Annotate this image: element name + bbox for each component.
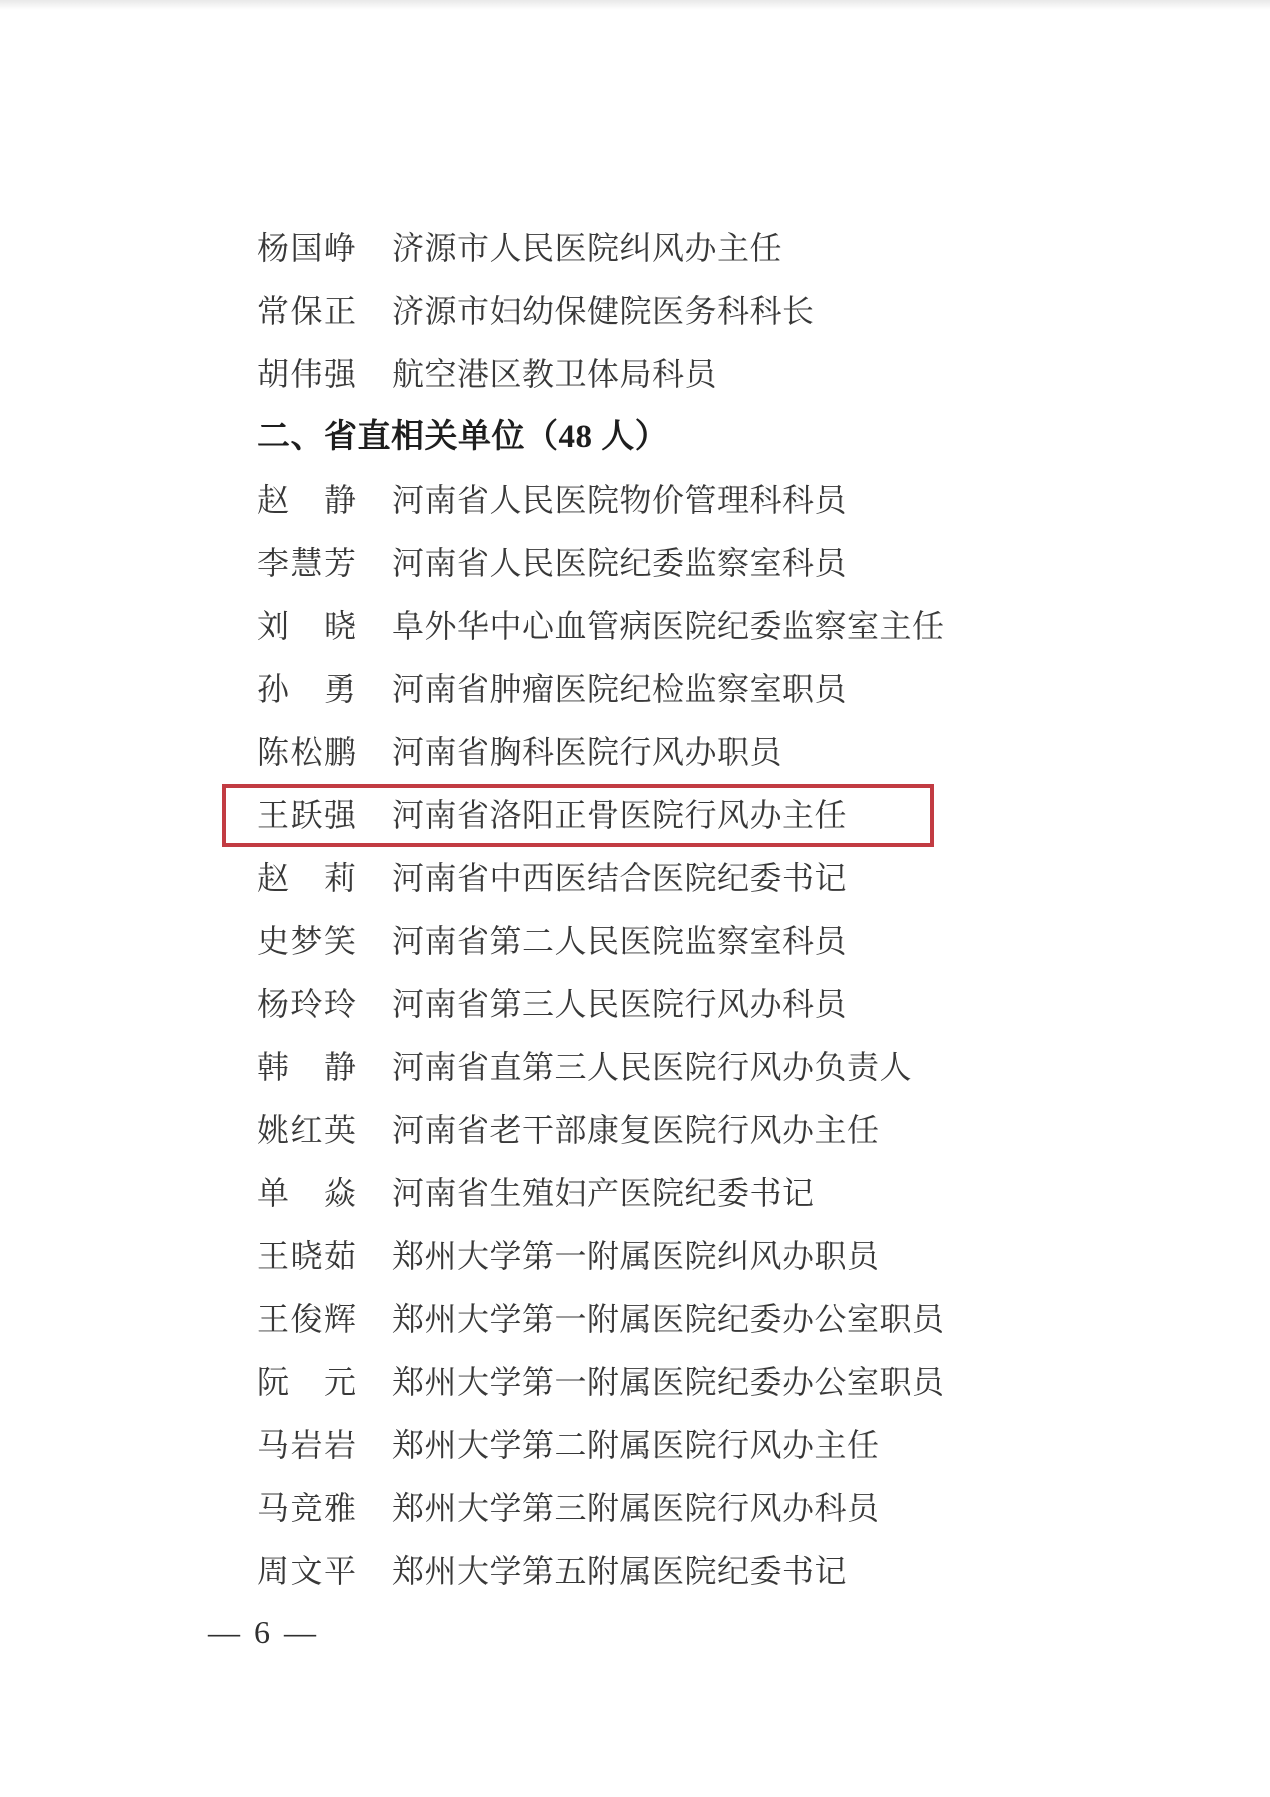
roster-row: 周文平郑州大学第五附属医院纪委书记: [257, 1540, 997, 1603]
person-position: 河南省老干部康复医院行风办主任: [392, 1112, 880, 1148]
person-name: 李慧芳: [257, 532, 356, 595]
document-page: 杨国峥济源市人民医院纠风办主任常保正济源市妇幼保健院医务科科长胡伟强航空港区教卫…: [0, 0, 1270, 1797]
person-position: 河南省直第三人民医院行风办负责人: [392, 1049, 912, 1085]
person-name: 杨玲玲: [257, 973, 356, 1036]
person-position: 河南省洛阳正骨医院行风办主任: [392, 797, 847, 833]
person-name: 赵静: [257, 469, 356, 532]
person-position: 济源市妇幼保健院医务科科长: [392, 293, 815, 329]
roster-row: 赵莉河南省中西医结合医院纪委书记: [257, 847, 997, 910]
person-position: 河南省肿瘤医院纪检监察室职员: [392, 671, 847, 707]
roster-row: 韩静河南省直第三人民医院行风办负责人: [257, 1036, 997, 1099]
scan-shadow: [0, 0, 1270, 10]
person-position: 河南省人民医院物价管理科科员: [392, 482, 847, 518]
roster-row: 单焱河南省生殖妇产医院纪委书记: [257, 1162, 997, 1225]
person-name: 陈松鹏: [257, 721, 356, 784]
person-name: 刘晓: [257, 595, 356, 658]
roster-row: 常保正济源市妇幼保健院医务科科长: [257, 280, 997, 343]
person-position: 河南省第三人民医院行风办科员: [392, 986, 847, 1022]
person-name: 赵莉: [257, 847, 356, 910]
roster-row: 刘晓阜外华中心血管病医院纪委监察室主任: [257, 595, 997, 658]
person-position: 济源市人民医院纠风办主任: [392, 230, 782, 266]
person-name: 王跃强: [257, 784, 356, 847]
person-position: 郑州大学第一附属医院纪委办公室职员: [392, 1301, 945, 1337]
person-name: 常保正: [257, 280, 356, 343]
roster-row: 孙勇河南省肿瘤医院纪检监察室职员: [257, 658, 997, 721]
roster-row: 陈松鹏河南省胸科医院行风办职员: [257, 721, 997, 784]
roster-row: 马岩岩郑州大学第二附属医院行风办主任: [257, 1414, 997, 1477]
person-position: 郑州大学第一附属医院纪委办公室职员: [392, 1364, 945, 1400]
person-position: 郑州大学第三附属医院行风办科员: [392, 1490, 880, 1526]
roster-row: 王跃强河南省洛阳正骨医院行风办主任: [257, 784, 997, 847]
page-number: — 6 —: [208, 1610, 319, 1654]
roster-row: 杨玲玲河南省第三人民医院行风办科员: [257, 973, 997, 1036]
roster-row: 马竞雅郑州大学第三附属医院行风办科员: [257, 1477, 997, 1540]
person-position: 河南省胸科医院行风办职员: [392, 734, 782, 770]
person-position: 河南省生殖妇产医院纪委书记: [392, 1175, 815, 1211]
person-name: 史梦笑: [257, 910, 356, 973]
person-name: 孙勇: [257, 658, 356, 721]
person-position: 阜外华中心血管病医院纪委监察室主任: [392, 608, 945, 644]
person-name: 王俊辉: [257, 1288, 356, 1351]
person-position: 河南省第二人民医院监察室科员: [392, 923, 847, 959]
person-name: 姚红英: [257, 1099, 356, 1162]
roster-row: 王晓茹郑州大学第一附属医院纠风办职员: [257, 1225, 997, 1288]
person-name: 韩静: [257, 1036, 356, 1099]
person-name: 杨国峥: [257, 217, 356, 280]
person-name: 马竞雅: [257, 1477, 356, 1540]
person-name: 阮元: [257, 1351, 356, 1414]
person-name: 马岩岩: [257, 1414, 356, 1477]
roster: 杨国峥济源市人民医院纠风办主任常保正济源市妇幼保健院医务科科长胡伟强航空港区教卫…: [257, 217, 997, 1603]
person-position: 航空港区教卫体局科员: [392, 356, 717, 392]
person-position: 郑州大学第五附属医院纪委书记: [392, 1553, 847, 1589]
person-name: 单焱: [257, 1162, 356, 1225]
roster-row: 史梦笑河南省第二人民医院监察室科员: [257, 910, 997, 973]
person-name: 周文平: [257, 1540, 356, 1603]
roster-row: 胡伟强航空港区教卫体局科员: [257, 343, 997, 406]
roster-row: 杨国峥济源市人民医院纠风办主任: [257, 217, 997, 280]
person-name: 胡伟强: [257, 343, 356, 406]
person-position: 河南省人民医院纪委监察室科员: [392, 545, 847, 581]
roster-row: 李慧芳河南省人民医院纪委监察室科员: [257, 532, 997, 595]
person-position: 郑州大学第二附属医院行风办主任: [392, 1427, 880, 1463]
person-position: 河南省中西医结合医院纪委书记: [392, 860, 847, 896]
person-position: 郑州大学第一附属医院纠风办职员: [392, 1238, 880, 1274]
roster-row: 赵静河南省人民医院物价管理科科员: [257, 469, 997, 532]
roster-row: 姚红英河南省老干部康复医院行风办主任: [257, 1099, 997, 1162]
roster-row: 王俊辉郑州大学第一附属医院纪委办公室职员: [257, 1288, 997, 1351]
section-header: 二、省直相关单位（48 人）: [257, 406, 997, 469]
person-name: 王晓茹: [257, 1225, 356, 1288]
roster-row: 阮元郑州大学第一附属医院纪委办公室职员: [257, 1351, 997, 1414]
